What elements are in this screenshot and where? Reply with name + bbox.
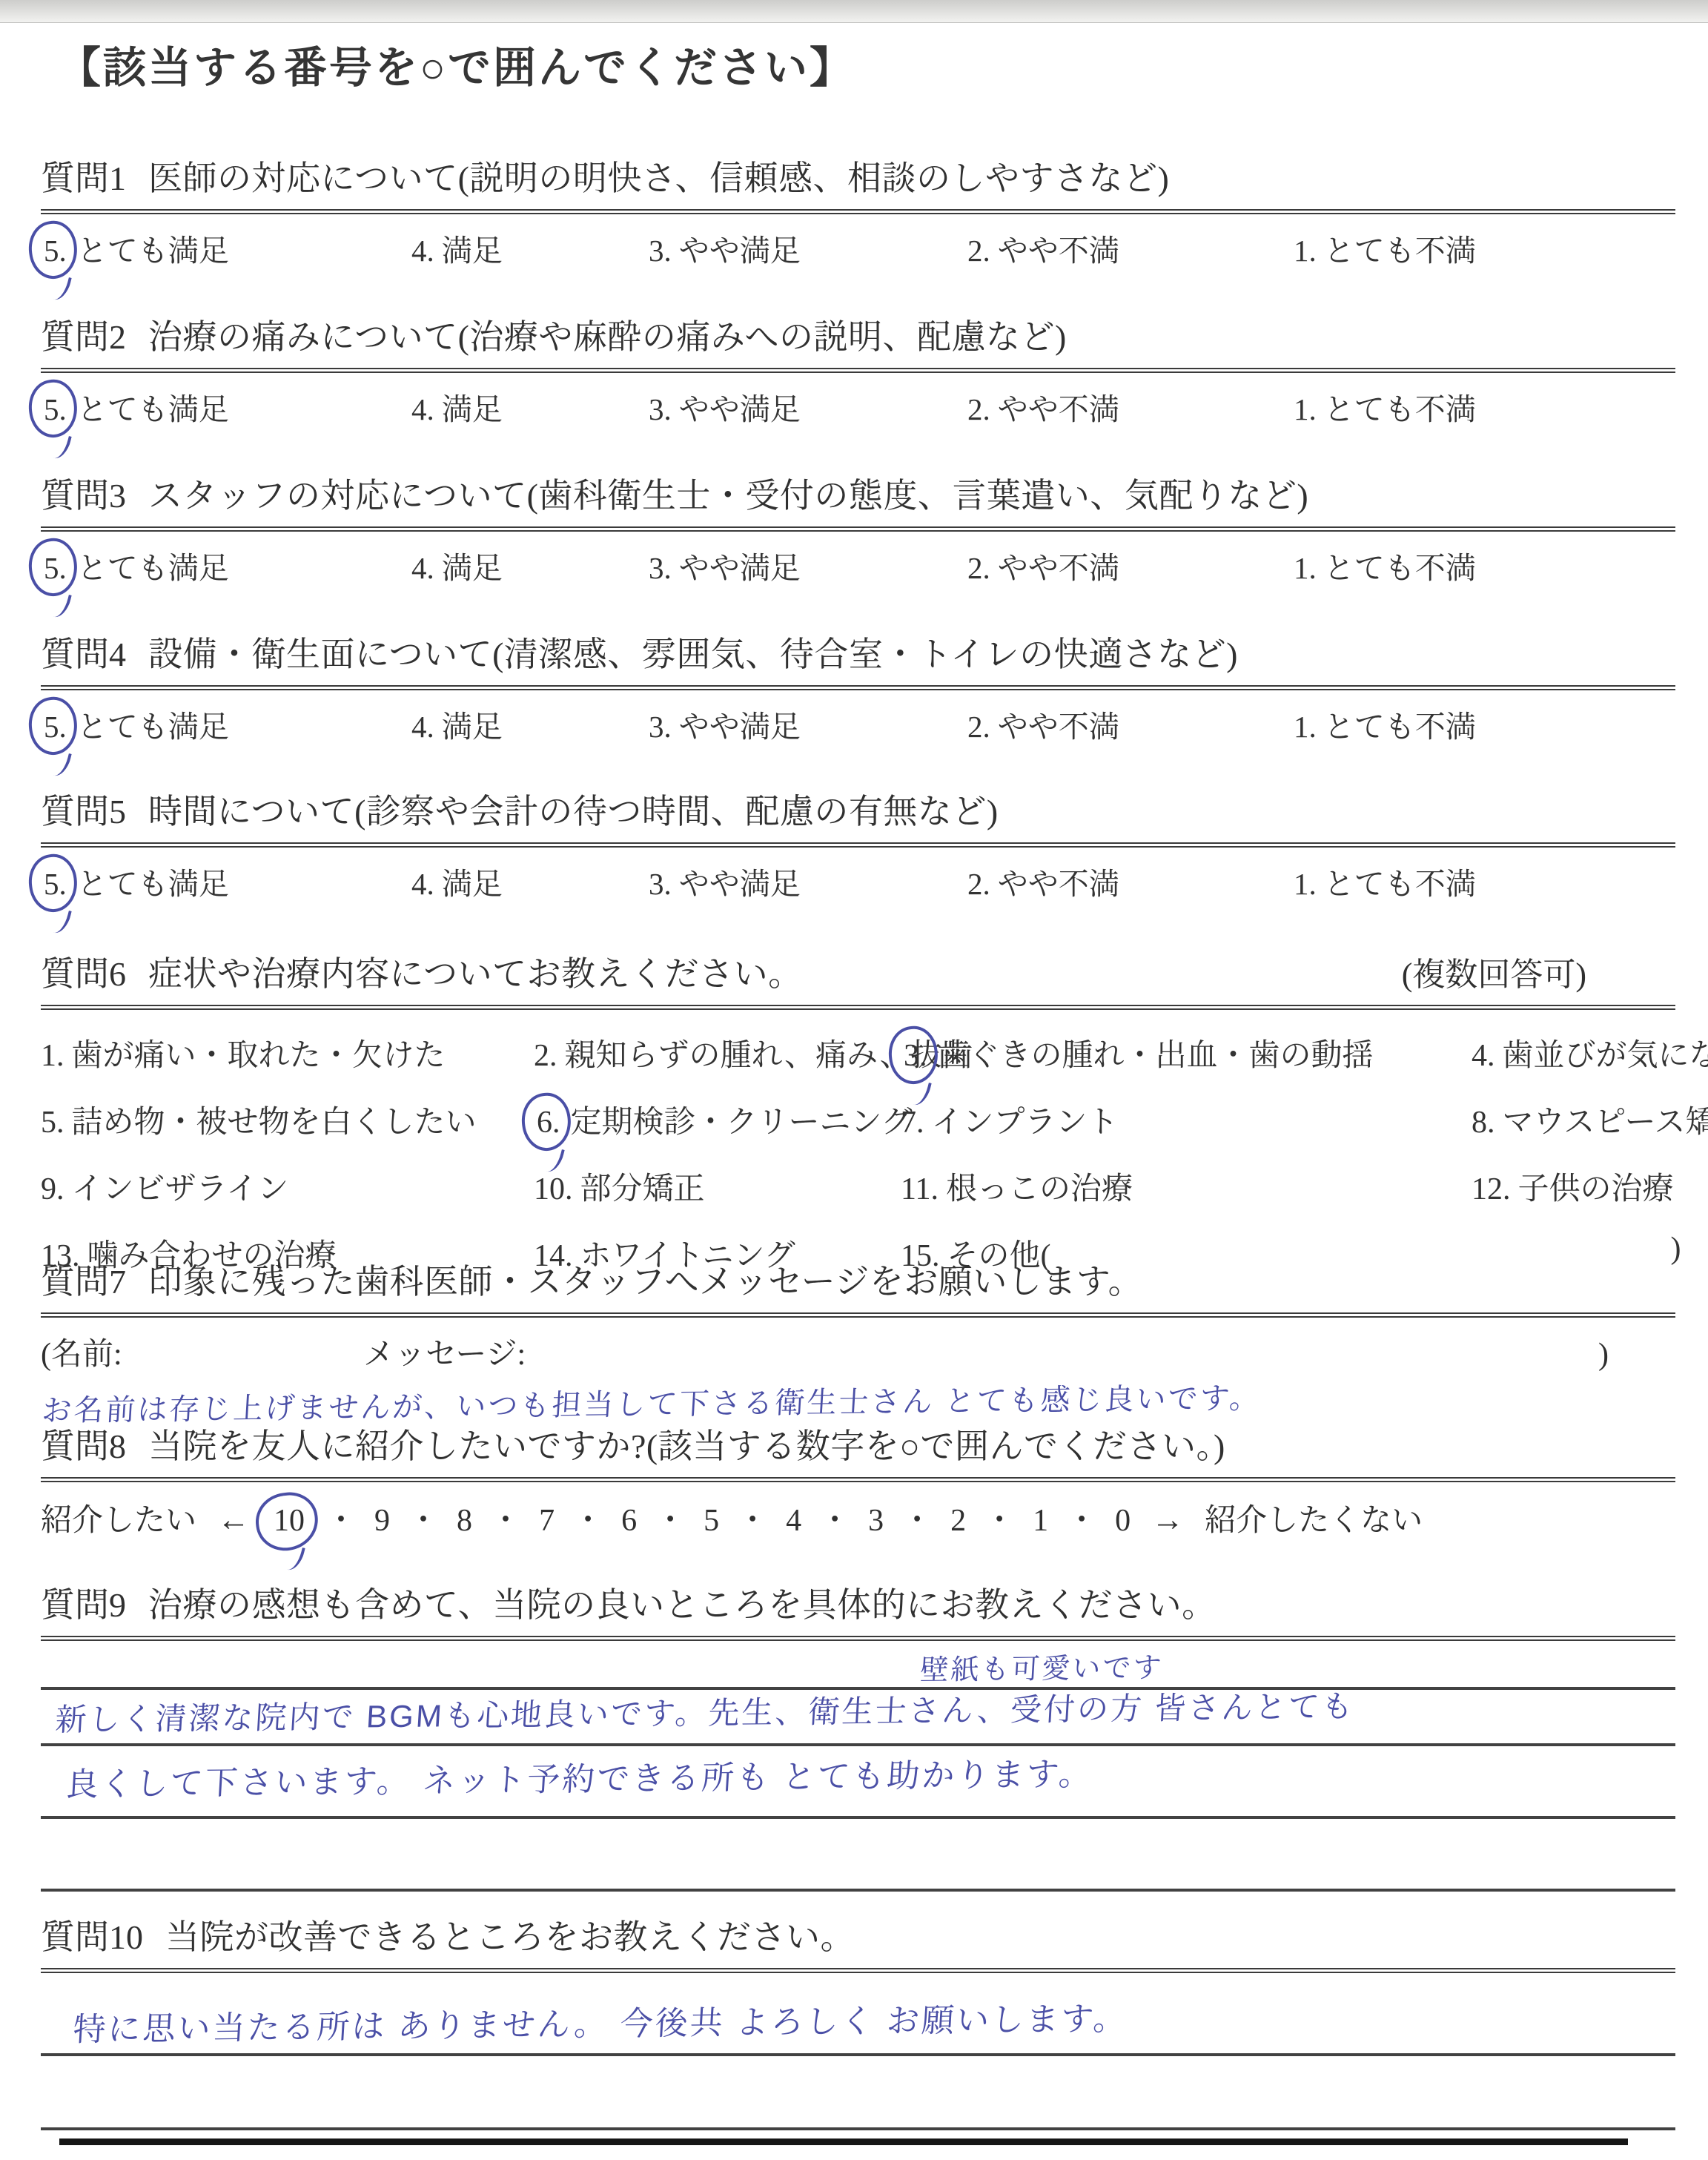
option-label: やや不満 bbox=[998, 702, 1119, 746]
option-1: 1.とても不満 bbox=[1294, 226, 1476, 270]
option-number: 1. bbox=[1294, 233, 1317, 268]
dot-separator: ・ bbox=[490, 1496, 521, 1540]
option-label: やや満足 bbox=[679, 859, 801, 903]
option-number: 4. bbox=[411, 866, 434, 902]
option-label: とても満足 bbox=[77, 226, 229, 270]
option-number: 1. bbox=[1294, 866, 1317, 902]
option-number: 3. bbox=[649, 233, 672, 268]
option-number: 3. bbox=[649, 866, 672, 902]
question-title: 治療の痛みについて(治療や麻酔の痛みへの説明、配慮など) bbox=[148, 316, 1067, 359]
item-label: インプラント bbox=[932, 1097, 1119, 1142]
option-3: 3.やや満足 bbox=[649, 544, 967, 587]
option-number: 3. bbox=[649, 392, 672, 427]
item-number: 9. bbox=[41, 1172, 64, 1207]
question-5: 質問5 時間について(診察や会計の待つ時間、配慮の有無など) 5.とても満足 4… bbox=[41, 790, 1675, 903]
circled-answer: 5. bbox=[41, 866, 70, 902]
item-number: 2. bbox=[534, 1038, 557, 1074]
question-title: 治療の感想も含めて、当院の良いところを具体的にお教えください。 bbox=[148, 1584, 1217, 1627]
symptom-item-12: 12.子供の治療 bbox=[1472, 1164, 1708, 1209]
question-3: 質問3 スタッフの対応について(歯科衛生士・受付の態度、言葉遣い、気配りなど) … bbox=[41, 475, 1675, 587]
item-number: 6. bbox=[537, 1106, 560, 1140]
option-4: 4.満足 bbox=[411, 226, 649, 270]
option-number: 3. bbox=[649, 709, 672, 744]
circled-answer: 5. bbox=[41, 709, 70, 744]
option-label: 満足 bbox=[442, 859, 503, 903]
heading-rule bbox=[41, 526, 1675, 532]
option-4: 4.満足 bbox=[411, 385, 649, 429]
option-2: 2.やや不満 bbox=[967, 226, 1294, 270]
heading-rule bbox=[41, 685, 1675, 690]
question-number: 質問1 bbox=[41, 157, 126, 200]
question-title: 当院を友人に紹介したいですか?(該当する数字を○で囲んでください。) bbox=[148, 1425, 1225, 1468]
option-number: 5. bbox=[44, 234, 67, 268]
circled-answer: 5. bbox=[41, 233, 70, 268]
option-label: とても満足 bbox=[77, 859, 229, 903]
multiple-answers-note: (複数回答可) bbox=[1402, 948, 1586, 995]
option-label: 満足 bbox=[442, 385, 503, 429]
question-number: 質問8 bbox=[41, 1425, 126, 1468]
question-title: 医師の対応について(説明の明快さ、信頼感、相談のしやすさなど) bbox=[148, 157, 1169, 200]
option-label: やや満足 bbox=[679, 385, 801, 429]
option-label: とても満足 bbox=[77, 385, 229, 429]
other-close-paren: ) bbox=[1671, 1231, 1708, 1275]
option-number: 4. bbox=[411, 392, 434, 427]
option-label: とても満足 bbox=[77, 702, 229, 746]
heading-rule bbox=[41, 1477, 1675, 1482]
option-3: 3.やや満足 bbox=[649, 859, 967, 903]
survey-sheet: 【該当する番号を○で囲んでください】 質問1 医師の対応について(説明の明快さ、… bbox=[0, 0, 1708, 2160]
option-5: 5.とても満足 bbox=[41, 385, 411, 429]
item-label: 子供の治療 bbox=[1518, 1164, 1674, 1209]
option-5: 5.とても満足 bbox=[41, 859, 411, 903]
question-title: 時間について(診察や会計の待つ時間、配慮の有無など) bbox=[148, 790, 999, 833]
question-7-heading: 質問7 印象に残った歯科医師・スタッフへメッセージをお願いします。 bbox=[41, 1261, 1675, 1304]
option-label: やや不満 bbox=[998, 544, 1119, 587]
heading-rule bbox=[41, 368, 1675, 373]
question-1-options: 5.とても満足 4.満足 3.やや満足 2.やや不満 1.とても不満 bbox=[41, 226, 1675, 270]
option-number: 1. bbox=[1294, 709, 1317, 744]
dot-separator: ・ bbox=[408, 1496, 439, 1540]
question-6-heading: 質問6 症状や治療内容についてお教えください。 (複数回答可) bbox=[41, 948, 1675, 996]
heading-rule bbox=[41, 209, 1675, 214]
answer-line: 良くして下さいます。 ネット予約できる所も とても助かります。 bbox=[41, 1746, 1675, 1819]
close-paren: ) bbox=[1598, 1337, 1675, 1373]
dot-separator: ・ bbox=[819, 1496, 850, 1540]
handwritten-message: お名前は存じ上げませんが、いつも担当して下さる衛生士さん とても感じ良いです。 bbox=[41, 1370, 1678, 1429]
nps-scale: 紹介したい ← 10 ・ 9 ・ 8 ・ 7 ・ 6 ・ 5 ・ 4 ・ 3 ・… bbox=[41, 1496, 1675, 1540]
question-number: 質問6 bbox=[41, 953, 126, 996]
question-1: 質問1 医師の対応について(説明の明快さ、信頼感、相談のしやすさなど) 5.とて… bbox=[41, 157, 1675, 270]
symptom-item-11: 11.根っこの治療 bbox=[901, 1164, 1472, 1209]
item-number: 4. bbox=[1472, 1038, 1495, 1074]
question-number: 質問10 bbox=[41, 1916, 143, 1959]
option-1: 1.とても不満 bbox=[1294, 385, 1476, 429]
dot-separator: ・ bbox=[901, 1496, 933, 1540]
dot-separator: ・ bbox=[1066, 1496, 1097, 1540]
right-arrow-icon: → bbox=[1151, 1501, 1184, 1539]
question-number: 質問3 bbox=[41, 475, 126, 518]
question-8: 質問8 当院を友人に紹介したいですか?(該当する数字を○で囲んでください。) 紹… bbox=[41, 1425, 1675, 1540]
scale-right-label: 紹介したくない bbox=[1205, 1496, 1423, 1540]
scale-number-0: 0 bbox=[1115, 1503, 1131, 1539]
option-2: 2.やや不満 bbox=[967, 702, 1294, 746]
scale-number-8: 8 bbox=[457, 1503, 472, 1539]
question-10-heading: 質問10 当院が改善できるところをお教えください。 bbox=[41, 1916, 1675, 1959]
option-number: 1. bbox=[1294, 550, 1317, 586]
item-label: 詰め物・被せ物を白くしたい bbox=[72, 1097, 477, 1142]
question-10-answer-area: 特に思い当たる所は ありません。 今後共 よろしく お願いします。 bbox=[41, 1973, 1675, 2130]
option-label: 満足 bbox=[442, 226, 503, 270]
option-label: 満足 bbox=[442, 544, 503, 587]
scale-left-label: 紹介したい bbox=[41, 1496, 196, 1540]
dot-separator: ・ bbox=[325, 1496, 357, 1540]
question-number: 質問5 bbox=[41, 790, 126, 833]
symptom-item-4: 4.歯並びが気になる bbox=[1472, 1031, 1708, 1075]
option-2: 2.やや不満 bbox=[967, 385, 1294, 429]
scale-number-10: 10 bbox=[274, 1504, 305, 1538]
item-number: 7. bbox=[901, 1105, 924, 1140]
scale-number-5: 5 bbox=[704, 1503, 719, 1539]
option-4: 4.満足 bbox=[411, 702, 649, 746]
question-9: 質問9 治療の感想も含めて、当院の良いところを具体的にお教えください。 壁紙も可… bbox=[41, 1584, 1675, 1892]
question-title: 当院が改善できるところをお教えください。 bbox=[165, 1916, 855, 1959]
handwritten-line-2: 良くして下さいます。 ネット予約できる所も とても助かります。 bbox=[41, 1735, 1096, 1806]
symptom-item-3: 3.歯ぐきの腫れ・出血・歯の動揺 bbox=[901, 1031, 1472, 1075]
item-number: 12. bbox=[1472, 1172, 1511, 1207]
circled-answer: 3. bbox=[901, 1038, 930, 1074]
heading-rule bbox=[41, 1636, 1675, 1641]
heading-rule bbox=[41, 1968, 1675, 1973]
answer-line: 特に思い当たる所は ありません。 今後共 よろしく お願いします。 bbox=[41, 1973, 1675, 2056]
scan-top-edge bbox=[0, 0, 1708, 23]
symptom-item-7: 7.インプラント bbox=[901, 1097, 1472, 1142]
item-label: 定期検診・クリーニング bbox=[571, 1097, 913, 1142]
scale-number-7: 7 bbox=[539, 1503, 555, 1539]
symptom-item-1: 1.歯が痛い・取れた・欠けた bbox=[41, 1031, 534, 1075]
option-number: 2. bbox=[967, 550, 990, 586]
option-label: やや満足 bbox=[679, 226, 801, 270]
question-4: 質問4 設備・衛生面について(清潔感、雰囲気、待合室・トイレの快適さなど) 5.… bbox=[41, 633, 1675, 746]
name-field-label: (名前: bbox=[41, 1330, 363, 1374]
option-number: 4. bbox=[411, 233, 434, 268]
option-1: 1.とても不満 bbox=[1294, 702, 1476, 746]
question-3-options: 5.とても満足 4.満足 3.やや満足 2.やや不満 1.とても不満 bbox=[41, 544, 1675, 587]
option-label: やや不満 bbox=[998, 226, 1119, 270]
question-5-options: 5.とても満足 4.満足 3.やや満足 2.やや不満 1.とても不満 bbox=[41, 859, 1675, 903]
question-4-heading: 質問4 設備・衛生面について(清潔感、雰囲気、待合室・トイレの快適さなど) bbox=[41, 633, 1675, 676]
option-2: 2.やや不満 bbox=[967, 544, 1294, 587]
dot-separator: ・ bbox=[655, 1496, 686, 1540]
dot-separator: ・ bbox=[737, 1496, 768, 1540]
item-number: 8. bbox=[1472, 1105, 1495, 1140]
name-message-row: (名前: メッセージ: ) bbox=[41, 1330, 1675, 1374]
option-label: とても不満 bbox=[1324, 544, 1476, 587]
option-number: 2. bbox=[967, 233, 990, 268]
option-number: 5. bbox=[44, 710, 67, 744]
question-title: 印象に残った歯科医師・スタッフへメッセージをお願いします。 bbox=[148, 1261, 1142, 1304]
option-label: とても不満 bbox=[1324, 226, 1476, 270]
option-label: やや満足 bbox=[679, 702, 801, 746]
symptom-item-6: 6.定期検診・クリーニング bbox=[534, 1097, 901, 1142]
option-1: 1.とても不満 bbox=[1294, 859, 1476, 903]
symptom-item-9: 9.インビザライン bbox=[41, 1164, 534, 1209]
question-9-heading: 質問9 治療の感想も含めて、当院の良いところを具体的にお教えください。 bbox=[41, 1584, 1675, 1627]
symptom-item-10: 10.部分矯正 bbox=[534, 1164, 901, 1209]
scale-number-2: 2 bbox=[950, 1503, 966, 1539]
scale-number-6: 6 bbox=[621, 1503, 637, 1539]
question-5-heading: 質問5 時間について(診察や会計の待つ時間、配慮の有無など) bbox=[41, 790, 1675, 833]
option-2: 2.やや不満 bbox=[967, 859, 1294, 903]
scale-number-3: 3 bbox=[868, 1503, 884, 1539]
heading-rule bbox=[41, 1005, 1675, 1010]
question-title: 症状や治療内容についてお教えください。 bbox=[148, 953, 803, 996]
option-5: 5.とても満足 bbox=[41, 226, 411, 270]
option-5: 5.とても満足 bbox=[41, 544, 411, 587]
heading-rule bbox=[41, 842, 1675, 848]
option-3: 3.やや満足 bbox=[649, 226, 967, 270]
option-number: 5. bbox=[44, 867, 67, 901]
option-number: 2. bbox=[967, 709, 990, 744]
option-label: とても不満 bbox=[1324, 385, 1476, 429]
item-label: 歯ぐきの腫れ・出血・歯の動揺 bbox=[938, 1031, 1374, 1075]
item-number: 3. bbox=[904, 1039, 927, 1073]
item-number: 10. bbox=[534, 1172, 573, 1207]
option-number: 4. bbox=[411, 550, 434, 586]
option-label: とても満足 bbox=[77, 544, 229, 587]
bottom-scan-line bbox=[59, 2138, 1628, 2145]
left-arrow-icon: ← bbox=[217, 1501, 250, 1539]
option-label: とても不満 bbox=[1324, 859, 1476, 903]
option-number: 1. bbox=[1294, 392, 1317, 427]
question-title: スタッフの対応について(歯科衛生士・受付の態度、言葉遣い、気配りなど) bbox=[148, 475, 1308, 518]
question-10: 質問10 当院が改善できるところをお教えください。 特に思い当たる所は ありませ… bbox=[41, 1916, 1675, 2130]
option-number: 4. bbox=[411, 709, 434, 744]
handwritten-line-1: 特に思い当たる所は ありません。 今後共 よろしく お願いします。 bbox=[72, 1992, 1130, 2050]
answer-line bbox=[41, 1819, 1675, 1892]
option-number: 2. bbox=[967, 866, 990, 902]
item-label: 根っこの治療 bbox=[946, 1164, 1133, 1209]
option-number: 2. bbox=[967, 392, 990, 427]
item-label: 歯が痛い・取れた・欠けた bbox=[72, 1031, 446, 1075]
option-label: やや満足 bbox=[679, 544, 801, 587]
circled-answer: 10 bbox=[271, 1503, 308, 1539]
option-5: 5.とても満足 bbox=[41, 702, 411, 746]
message-field-label: メッセージ: bbox=[363, 1330, 1598, 1374]
option-3: 3.やや満足 bbox=[649, 702, 967, 746]
scale-numbers: 10 ・ 9 ・ 8 ・ 7 ・ 6 ・ 5 ・ 4 ・ 3 ・ 2 ・ 1 ・ bbox=[271, 1496, 1131, 1540]
option-number: 5. bbox=[44, 551, 67, 585]
item-label: マウスピース矯正 bbox=[1503, 1097, 1708, 1142]
dot-separator: ・ bbox=[984, 1496, 1015, 1540]
circled-answer: 5. bbox=[41, 550, 70, 586]
question-2: 質問2 治療の痛みについて(治療や麻酔の痛みへの説明、配慮など) 5.とても満足… bbox=[41, 316, 1675, 429]
scale-number-4: 4 bbox=[786, 1503, 801, 1539]
scale-number-9: 9 bbox=[374, 1503, 390, 1539]
question-6: 質問6 症状や治療内容についてお教えください。 (複数回答可) 1.歯が痛い・取… bbox=[41, 948, 1675, 1275]
question-number: 質問4 bbox=[41, 633, 126, 676]
item-label: 歯並びが気になる bbox=[1503, 1031, 1708, 1075]
option-number: 5. bbox=[44, 392, 67, 426]
option-number: 3. bbox=[649, 550, 672, 586]
question-8-heading: 質問8 当院を友人に紹介したいですか?(該当する数字を○で囲んでください。) bbox=[41, 1425, 1675, 1468]
option-3: 3.やや満足 bbox=[649, 385, 967, 429]
symptom-item-5: 5.詰め物・被せ物を白くしたい bbox=[41, 1097, 534, 1142]
option-label: とても不満 bbox=[1324, 702, 1476, 746]
answer-line bbox=[41, 2056, 1675, 2130]
item-number: 5. bbox=[41, 1105, 64, 1140]
page-title: 【該当する番号を○で囲んでください】 bbox=[58, 33, 855, 95]
item-number: 11. bbox=[901, 1172, 939, 1207]
question-4-options: 5.とても満足 4.満足 3.やや満足 2.やや不満 1.とても不満 bbox=[41, 702, 1675, 746]
question-number: 質問7 bbox=[41, 1261, 126, 1304]
item-number: 1. bbox=[41, 1038, 64, 1074]
option-4: 4.満足 bbox=[411, 544, 649, 587]
item-label: 部分矯正 bbox=[580, 1164, 705, 1209]
circled-answer: 5. bbox=[41, 392, 70, 427]
scale-number-1: 1 bbox=[1033, 1503, 1048, 1539]
symptom-item-8: 8.マウスピース矯正 bbox=[1472, 1097, 1708, 1142]
symptom-options-grid: 1.歯が痛い・取れた・欠けた 2.親知らずの腫れ、痛み、抜歯 3.歯ぐきの腫れ・… bbox=[41, 1031, 1675, 1275]
option-1: 1.とても不満 bbox=[1294, 544, 1476, 587]
option-4: 4.満足 bbox=[411, 859, 649, 903]
option-label: やや不満 bbox=[998, 859, 1119, 903]
question-3-heading: 質問3 スタッフの対応について(歯科衛生士・受付の態度、言葉遣い、気配りなど) bbox=[41, 475, 1675, 518]
option-label: 満足 bbox=[442, 702, 503, 746]
question-number: 質問2 bbox=[41, 316, 126, 359]
question-9-answer-area: 壁紙も可愛いです 新しく清潔な院内で BGMも心地良いです。先生、衛生士さん、受… bbox=[41, 1641, 1675, 1892]
question-title: 設備・衛生面について(清潔感、雰囲気、待合室・トイレの快適さなど) bbox=[148, 633, 1238, 676]
question-2-options: 5.とても満足 4.満足 3.やや満足 2.やや不満 1.とても不満 bbox=[41, 385, 1675, 429]
question-1-heading: 質問1 医師の対応について(説明の明快さ、信頼感、相談のしやすさなど) bbox=[41, 157, 1675, 200]
circled-answer: 6. bbox=[534, 1105, 563, 1140]
question-7: 質問7 印象に残った歯科医師・スタッフへメッセージをお願いします。 (名前: メ… bbox=[41, 1261, 1675, 1430]
option-label: やや不満 bbox=[998, 385, 1119, 429]
symptom-item-2: 2.親知らずの腫れ、痛み、抜歯 bbox=[534, 1031, 901, 1075]
dot-separator: ・ bbox=[572, 1496, 603, 1540]
heading-rule bbox=[41, 1312, 1675, 1318]
question-2-heading: 質問2 治療の痛みについて(治療や麻酔の痛みへの説明、配慮など) bbox=[41, 316, 1675, 359]
question-number: 質問9 bbox=[41, 1584, 126, 1627]
item-label: インビザライン bbox=[72, 1164, 289, 1209]
